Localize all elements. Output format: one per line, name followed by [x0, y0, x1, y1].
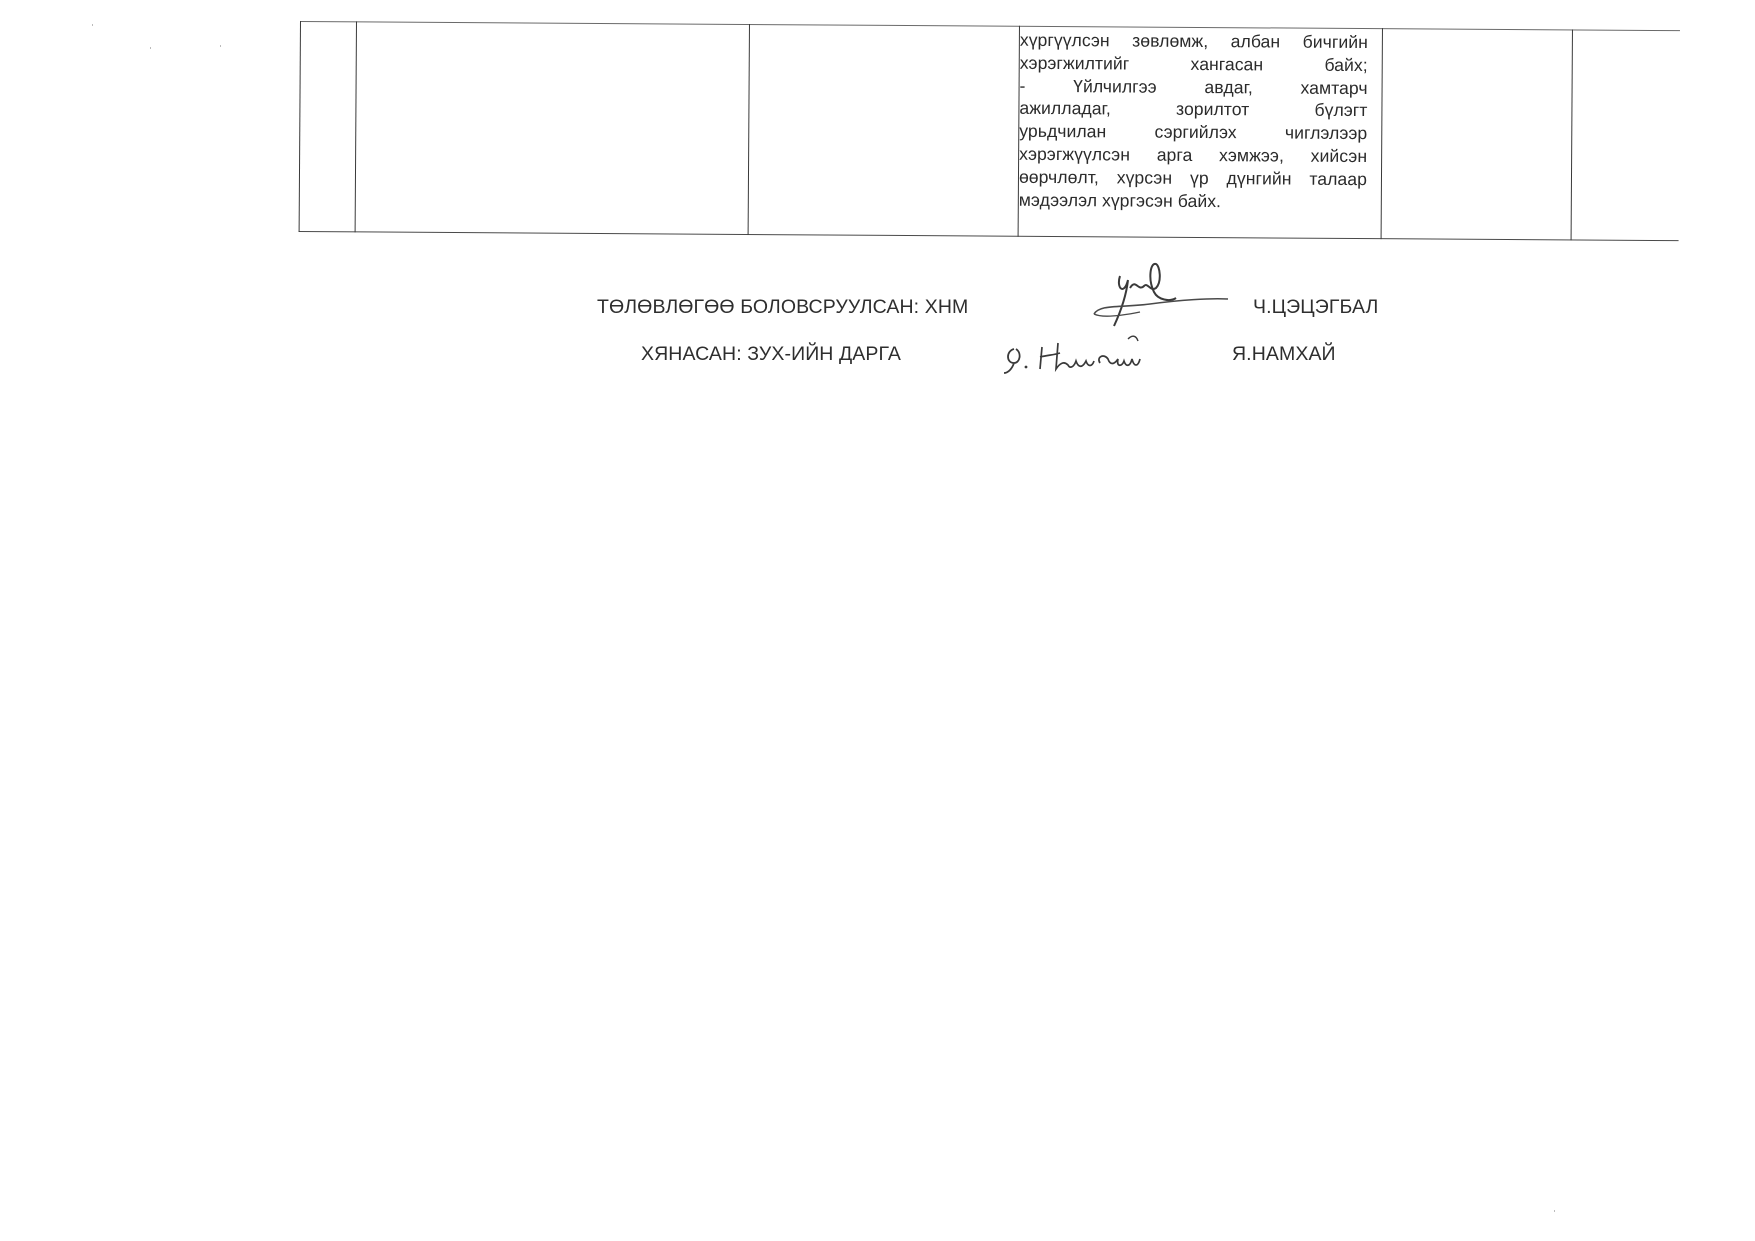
cell-line: ажилладаг, зорилтот бүлэгт [1019, 97, 1367, 122]
scan-speck [92, 24, 93, 26]
cell-line: урьдчилан сэргийлэх чиглэлээр [1019, 120, 1367, 145]
table-column-divider [1381, 28, 1383, 239]
scanned-document-page: хүргүүлсэн зөвлөмж, албан бичгийн хэрэгж… [0, 0, 1755, 1241]
table-column-divider [299, 21, 301, 232]
prepared-by-name: Ч.ЦЭЦЭГБАЛ [1253, 296, 1378, 319]
cell-line: хэрэгжилтийг хангасан байх; [1020, 52, 1368, 77]
scan-speck [150, 47, 151, 49]
signature-mark-namkhai [1000, 333, 1160, 377]
scan-speck [220, 45, 221, 47]
table-cell-requirements: хүргүүлсэн зөвлөмж, албан бичгийн хэрэгж… [1019, 29, 1368, 214]
table-column-divider [748, 24, 750, 235]
scan-speck [1554, 1210, 1555, 1212]
cell-line: хүргүүлсэн зөвлөмж, албан бичгийн [1020, 29, 1368, 54]
cell-line: өөрчлөлт, хүрсэн үр дүнгийн талаар [1019, 166, 1367, 191]
table-column-divider [355, 21, 357, 232]
reviewed-by-name: Я.НАМХАЙ [1232, 343, 1336, 366]
plan-table-fragment: хүргүүлсэн зөвлөмж, албан бичгийн хэрэгж… [299, 21, 1680, 246]
cell-line: мэдээлэл хүргэсэн байх. [1019, 188, 1367, 213]
signature-mark-tsetsegbal [1090, 258, 1230, 330]
cell-line: хэрэгжүүлсэн арга хэмжээ, хийсэн [1019, 143, 1367, 168]
table-bottom-border [299, 231, 1679, 241]
reviewed-by-label: ХЯНАСАН: ЗУХ-ИЙН ДАРГА [641, 343, 901, 366]
table-top-border [300, 21, 1680, 31]
cell-line: - Үйлчилгээ авдаг, хамтарч [1020, 74, 1368, 99]
table-column-divider [1571, 29, 1573, 240]
prepared-by-label: ТӨЛӨВЛӨГӨӨ БОЛОВСРУУЛСАН: ХНМ [597, 296, 968, 319]
